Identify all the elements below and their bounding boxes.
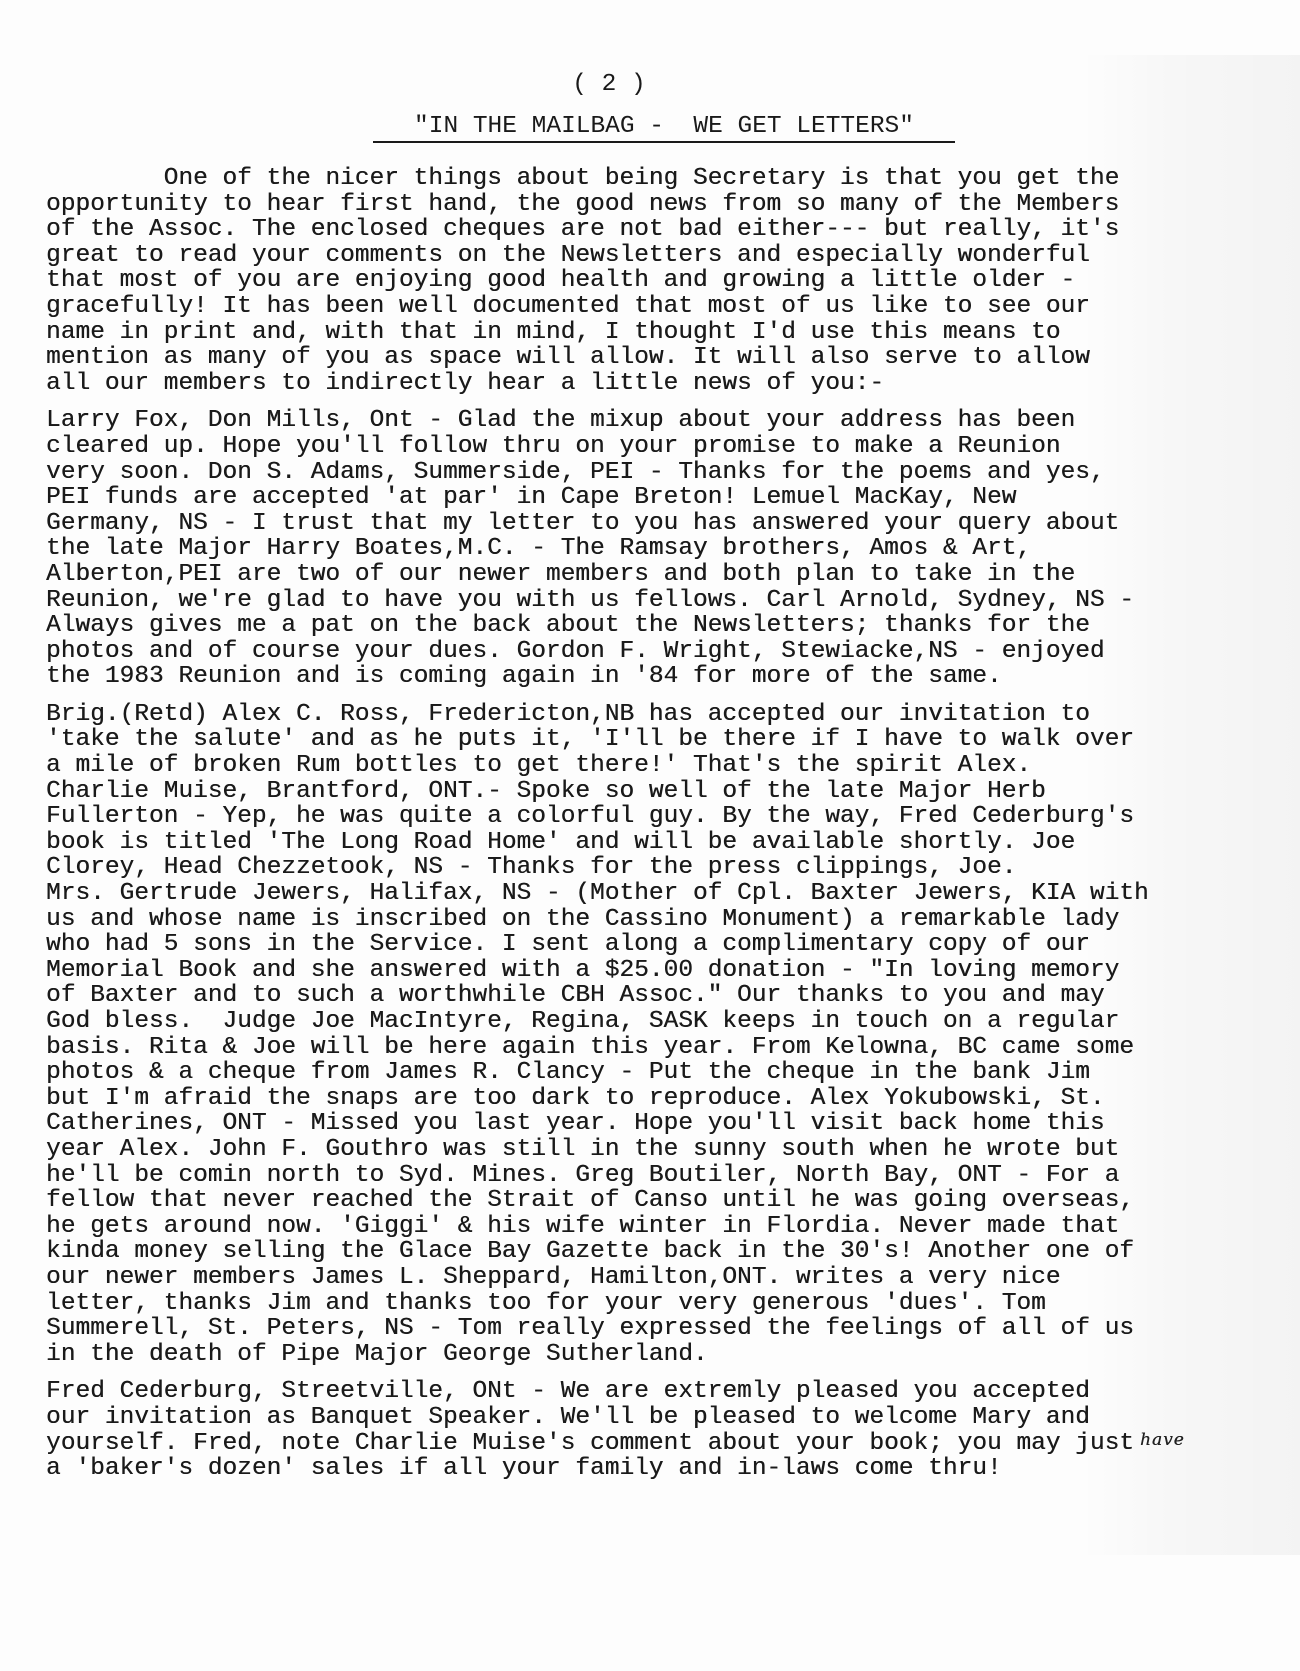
text-line: PEI funds are accepted 'at par' in Cape …: [46, 485, 1286, 511]
text-line: the late Major Harry Boates,M.C. - The R…: [46, 536, 1286, 562]
text-line: but I'm afraid the snaps are too dark to…: [46, 1086, 1286, 1112]
text-line: us and whose name is inscribed on the Ca…: [46, 907, 1286, 933]
text-line: cleared up. Hope you'll follow thru on y…: [46, 434, 1286, 460]
text-line: photos and of course your dues. Gordon F…: [46, 639, 1286, 665]
text-line: God bless. Judge Joe MacIntyre, Regina, …: [46, 1009, 1286, 1035]
text-line: who had 5 sons in the Service. I sent al…: [46, 932, 1286, 958]
text-line: Brig.(Retd) Alex C. Ross, Fredericton,NB…: [46, 702, 1286, 728]
text-line: Germany, NS - I trust that my letter to …: [46, 511, 1286, 537]
text-line: Clorey, Head Chezzetook, NS - Thanks for…: [46, 855, 1286, 881]
text-line: of Baxter and to such a worthwhile CBH A…: [46, 983, 1286, 1009]
text-line: One of the nicer things about being Secr…: [46, 166, 1286, 192]
paragraph-letters-3: Fred Cederburg, Streetville, ONt - We ar…: [46, 1379, 1286, 1481]
text-line: Fullerton - Yep, he was quite a colorful…: [46, 804, 1286, 830]
handwritten-insert: have: [1140, 1430, 1185, 1450]
text-line: our invitation as Banquet Speaker. We'll…: [46, 1405, 1286, 1431]
text-line: Memorial Book and she answered with a $2…: [46, 958, 1286, 984]
text-line: basis. Rita & Joe will be here again thi…: [46, 1035, 1286, 1061]
text-line: name in print and, with that in mind, I …: [46, 320, 1286, 346]
text-line: letter, thanks Jim and thanks too for yo…: [46, 1291, 1286, 1317]
text-line: gracefully! It has been well documented …: [46, 294, 1286, 320]
text-line: all our members to indirectly hear a lit…: [46, 371, 1286, 397]
text-line: Fred Cederburg, Streetville, ONt - We ar…: [46, 1379, 1286, 1405]
text-line: opportunity to hear first hand, the good…: [46, 192, 1286, 218]
text-line: 'take the salute' and as he puts it, 'I'…: [46, 727, 1286, 753]
text-line: our newer members James L. Sheppard, Ham…: [46, 1265, 1286, 1291]
text-line: Alberton,PEI are two of our newer member…: [46, 562, 1286, 588]
text-line: he gets around now. 'Giggi' & his wife w…: [46, 1214, 1286, 1240]
page-number: ( 2 ): [0, 70, 1200, 100]
text-line: a mile of broken Rum bottles to get ther…: [46, 753, 1286, 779]
text-line: yourself. Fred, note Charlie Muise's com…: [46, 1431, 1286, 1457]
text-line: Summerell, St. Peters, NS - Tom really e…: [46, 1316, 1286, 1342]
text-line: fellow that never reached the Strait of …: [46, 1188, 1286, 1214]
text-line: kinda money selling the Glace Bay Gazett…: [46, 1239, 1286, 1265]
text-line: Catherines, ONT - Missed you last year. …: [46, 1111, 1286, 1137]
text-line: he'll be comin north to Syd. Mines. Greg…: [46, 1163, 1286, 1189]
text-line: of the Assoc. The enclosed cheques are n…: [46, 217, 1286, 243]
text-line: Larry Fox, Don Mills, Ont - Glad the mix…: [46, 408, 1286, 434]
article-title: "IN THE MAILBAG - WE GET LETTERS": [373, 113, 955, 143]
text-line: year Alex. John F. Gouthro was still in …: [46, 1137, 1286, 1163]
document-page: ( 2 ) "IN THE MAILBAG - WE GET LETTERS" …: [0, 0, 1300, 1671]
paragraph-letters-1: Larry Fox, Don Mills, Ont - Glad the mix…: [46, 408, 1286, 690]
text-line: great to read your comments on the Newsl…: [46, 243, 1286, 269]
paragraph-letters-2: Brig.(Retd) Alex C. Ross, Fredericton,NB…: [46, 702, 1286, 1367]
text-line: very soon. Don S. Adams, Summerside, PEI…: [46, 460, 1286, 486]
text-line: Mrs. Gertrude Jewers, Halifax, NS - (Mot…: [46, 881, 1286, 907]
text-line: mention as many of you as space will all…: [46, 345, 1286, 371]
text-line: in the death of Pipe Major George Suther…: [46, 1342, 1286, 1368]
text-line: the 1983 Reunion and is coming again in …: [46, 664, 1286, 690]
text-line: a 'baker's dozen' sales if all your fami…: [46, 1456, 1286, 1482]
text-line: Always gives me a pat on the back about …: [46, 613, 1286, 639]
text-line: Reunion, we're glad to have you with us …: [46, 588, 1286, 614]
text-line: photos & a cheque from James R. Clancy -…: [46, 1060, 1286, 1086]
paragraph-intro: One of the nicer things about being Secr…: [46, 166, 1286, 396]
article-body: One of the nicer things about being Secr…: [46, 166, 1286, 1494]
text-line: book is titled 'The Long Road Home' and …: [46, 830, 1286, 856]
text-line: Charlie Muise, Brantford, ONT.- Spoke so…: [46, 779, 1286, 805]
text-line: that most of you are enjoying good healt…: [46, 268, 1286, 294]
